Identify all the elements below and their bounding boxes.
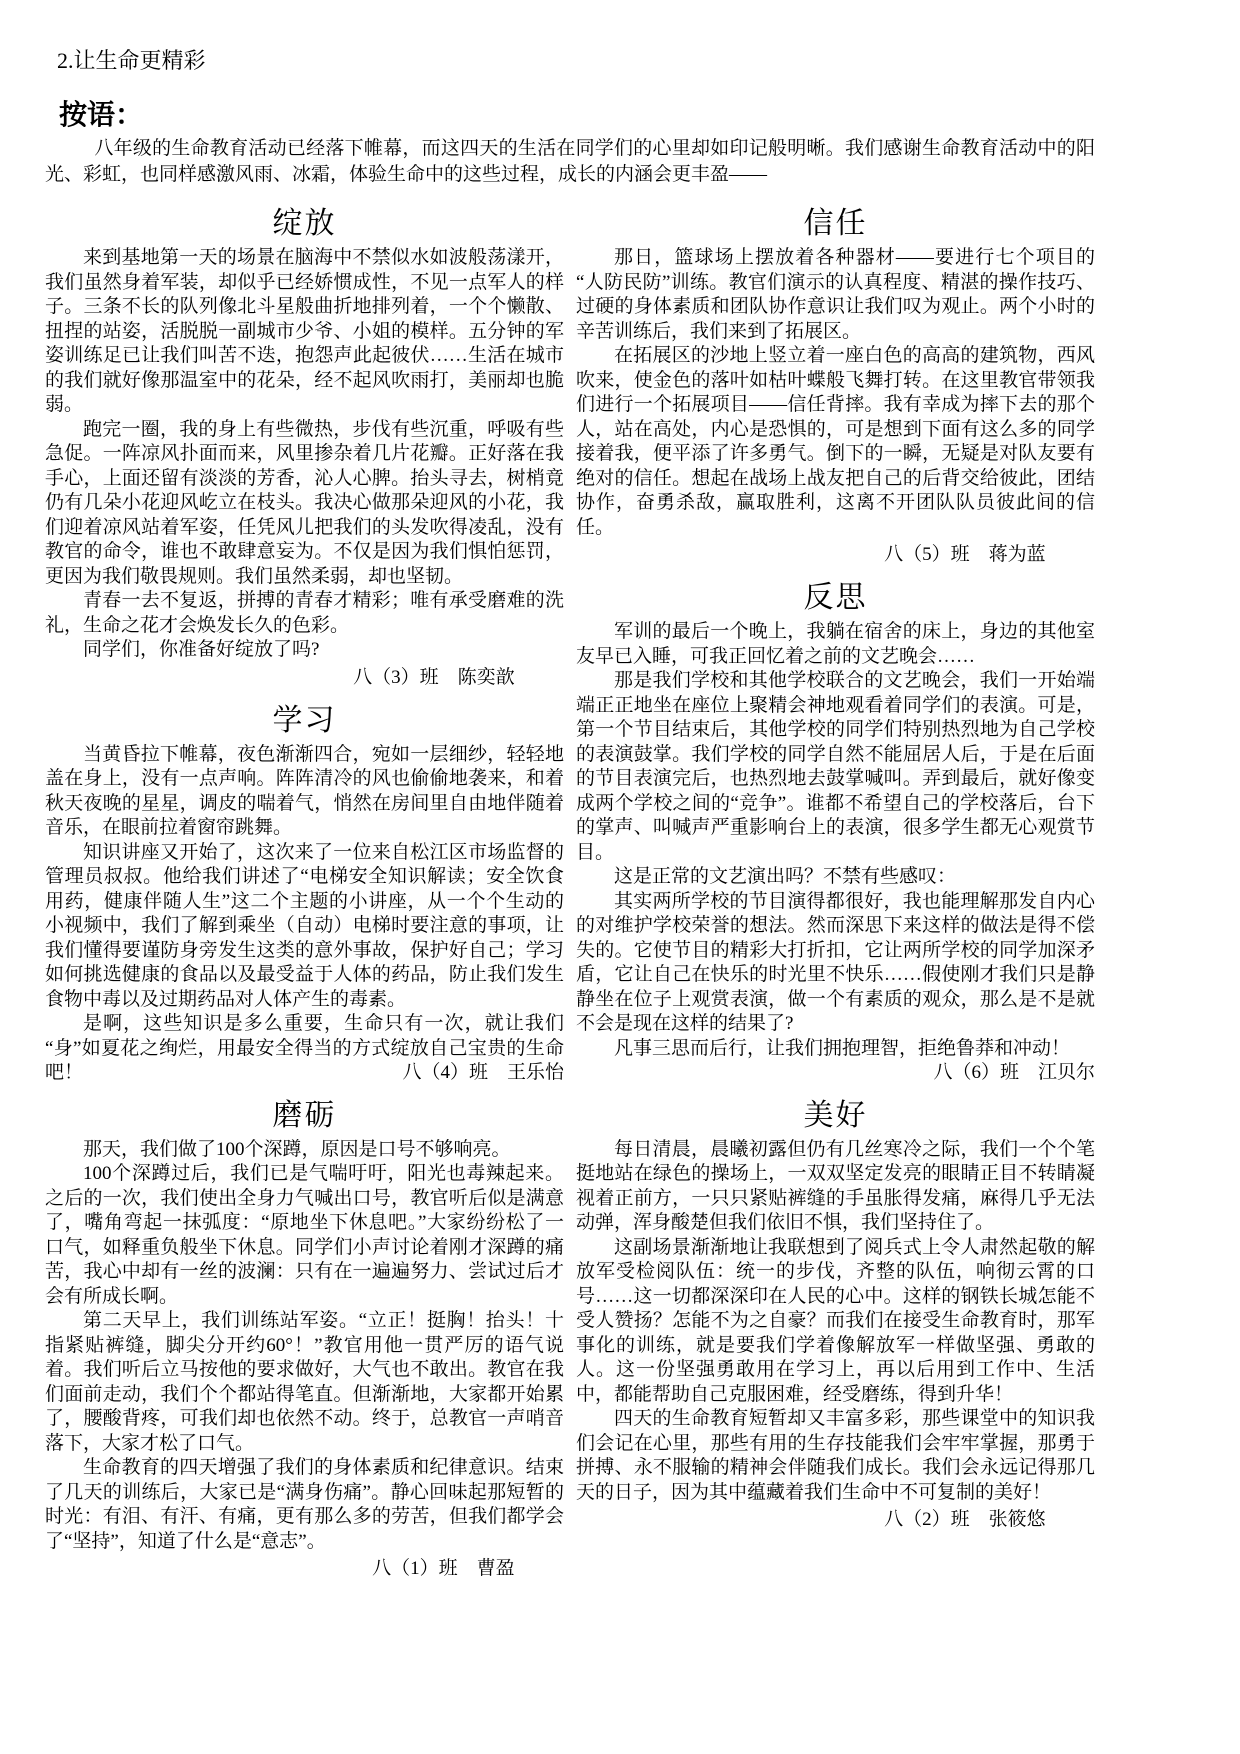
preface-label: 按语： xyxy=(59,100,1095,132)
section-body: 那天，我们做了100个深蹲，原因是口号不够响亮。100个深蹲过后，我们已是气喘吁… xyxy=(45,1138,564,1583)
paragraph: 同学们，你准备好绽放了吗? xyxy=(45,638,564,663)
attribution: 八（3）班 陈奕歆 xyxy=(45,664,564,691)
attribution: 八（6）班 江贝尔 xyxy=(933,1061,1095,1086)
paragraph: 知识讲座又开始了，这次来了一位来自松江区市场监督的管理员叔叔。他给我们讲述了“电… xyxy=(45,841,564,1013)
paragraph: 在拓展区的沙地上竖立着一座白色的高高的建筑物，西风吹来，使金色的落叶如枯叶蝶般飞… xyxy=(576,344,1095,540)
section-title: 学习 xyxy=(45,703,564,739)
paragraph: 当黄昏拉下帷幕，夜色渐渐四合，宛如一层细纱，轻轻地盖在身上，没有一点声响。阵阵清… xyxy=(45,743,564,841)
paragraph: 100个深蹲过后，我们已是气喘吁吁，阳光也毒辣起来。之后的一次，我们使出全身力气… xyxy=(45,1162,564,1309)
section-title: 磨砺 xyxy=(45,1098,564,1134)
paragraph: 来到基地第一天的场景在脑海中不禁似水如波般荡漾开，我们虽然身着军装，却似乎已经娇… xyxy=(45,246,564,418)
attribution: 八（1）班 曹盈 xyxy=(45,1555,564,1582)
paragraph: 凡事三思而后行，让我们拥抱理智，拒绝鲁莽和冲动！八（6）班 江贝尔 xyxy=(576,1037,1095,1086)
paragraph: 其实两所学校的节目演得都很好，我也能理解那发自内心的对维护学校荣誉的想法。然而深… xyxy=(576,890,1095,1037)
preface-text: 八年级的生命教育活动已经落下帷幕，而这四天的生活在同学们的心里却如印记般明晰。我… xyxy=(45,136,1095,188)
paragraph: 每日清晨，晨曦初露但仍有几丝寒冷之际，我们一个个笔挺地站在绿色的操场上，一双双坚… xyxy=(576,1138,1095,1236)
two-column-layout: 绽放 来到基地第一天的场景在脑海中不禁似水如波般荡漾开，我们虽然身着军装，却似乎… xyxy=(45,194,1095,1592)
essay-section: 磨砺 那天，我们做了100个深蹲，原因是口号不够响亮。100个深蹲过后，我们已是… xyxy=(45,1098,564,1583)
essay-section: 反思 军训的最后一个晚上，我躺在宿舍的床上，身边的其他室友早已入睡，可我正回忆着… xyxy=(576,580,1095,1086)
section-body: 那日，篮球场上摆放着各种器材——要进行七个项目的“人防民防”训练。教官们演示的认… xyxy=(576,246,1095,568)
essay-section: 学习 当黄昏拉下帷幕，夜色渐渐四合，宛如一层细纱，轻轻地盖在身上，没有一点声响。… xyxy=(45,703,564,1086)
paragraph: 那天，我们做了100个深蹲，原因是口号不够响亮。 xyxy=(45,1138,564,1163)
paragraph: 四天的生命教育短暂却又丰富多彩，那些课堂中的知识我们会记在心里，那些有用的生存技… xyxy=(576,1407,1095,1505)
section-body: 每日清晨，晨曦初露但仍有几丝寒冷之际，我们一个个笔挺地站在绿色的操场上，一双双坚… xyxy=(576,1138,1095,1534)
essay-section: 信任 那日，篮球场上摆放着各种器材——要进行七个项目的“人防民防”训练。教官们演… xyxy=(576,206,1095,568)
doc-title: 2.让生命更精彩 xyxy=(57,48,1095,74)
paragraph: 第二天早上，我们训练站军姿。“立正！挺胸！抬头！十指紧贴裤缝，脚尖分开约60°！… xyxy=(45,1309,564,1456)
section-body: 当黄昏拉下帷幕，夜色渐渐四合，宛如一层细纱，轻轻地盖在身上，没有一点声响。阵阵清… xyxy=(45,743,564,1086)
section-title: 美好 xyxy=(576,1098,1095,1134)
paragraph: 这副场景渐渐地让我联想到了阅兵式上令人肃然起敬的解放军受检阅队伍：统一的步伐，齐… xyxy=(576,1236,1095,1408)
section-title: 信任 xyxy=(576,206,1095,242)
essay-section: 绽放 来到基地第一天的场景在脑海中不禁似水如波般荡漾开，我们虽然身着军装，却似乎… xyxy=(45,206,564,691)
section-body: 军训的最后一个晚上，我躺在宿舍的床上，身边的其他室友早已入睡，可我正回忆着之前的… xyxy=(576,620,1095,1086)
paragraph: 跑完一圈，我的身上有些微热，步伐有些沉重，呼吸有些急促。一阵凉风扑面而来，风里掺… xyxy=(45,418,564,590)
section-title: 反思 xyxy=(576,580,1095,616)
attribution: 八（4）班 王乐怡 xyxy=(402,1061,564,1086)
attribution: 八（5）班 蒋为蓝 xyxy=(576,541,1095,568)
paragraph: 军训的最后一个晚上，我躺在宿舍的床上，身边的其他室友早已入睡，可我正回忆着之前的… xyxy=(576,620,1095,669)
paragraph: 那是我们学校和其他学校联合的文艺晚会，我们一开始端端正正地坐在座位上聚精会神地观… xyxy=(576,669,1095,865)
paragraph: 这是正常的文艺演出吗？不禁有些感叹： xyxy=(576,865,1095,890)
paragraph: 那日，篮球场上摆放着各种器材——要进行七个项目的“人防民防”训练。教官们演示的认… xyxy=(576,246,1095,344)
attribution: 八（2）班 张筱悠 xyxy=(576,1506,1095,1533)
paragraph: 是啊，这些知识是多么重要，生命只有一次，就让我们“身”如夏花之绚烂，用最安全得当… xyxy=(45,1012,564,1086)
paragraph: 青春一去不复返，拼搏的青春才精彩；唯有承受磨难的洗礼，生命之花才会焕发长久的色彩… xyxy=(45,589,564,638)
section-title: 绽放 xyxy=(45,206,564,242)
right-column: 信任 那日，篮球场上摆放着各种器材——要进行七个项目的“人防民防”训练。教官们演… xyxy=(576,194,1095,1543)
essay-section: 美好 每日清晨，晨曦初露但仍有几丝寒冷之际，我们一个个笔挺地站在绿色的操场上，一… xyxy=(576,1098,1095,1534)
section-body: 来到基地第一天的场景在脑海中不禁似水如波般荡漾开，我们虽然身着军装，却似乎已经娇… xyxy=(45,246,564,691)
left-column: 绽放 来到基地第一天的场景在脑海中不禁似水如波般荡漾开，我们虽然身着军装，却似乎… xyxy=(45,194,564,1592)
document-page: 2.让生命更精彩 按语： 八年级的生命教育活动已经落下帷幕，而这四天的生活在同学… xyxy=(0,0,1240,1754)
paragraph: 生命教育的四天增强了我们的身体素质和纪律意识。结束了几天的训练后，大家已是“满身… xyxy=(45,1456,564,1554)
